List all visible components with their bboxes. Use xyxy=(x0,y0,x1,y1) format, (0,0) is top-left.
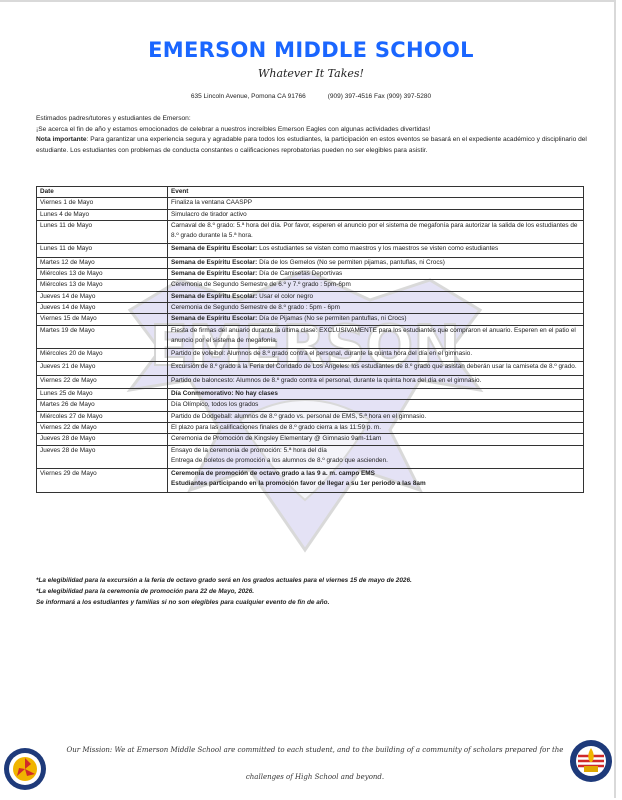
table-row: Martes 12 de MayoSemana de Espíritu Esco… xyxy=(37,257,584,268)
note-line: Se informará a los estudiantes y familia… xyxy=(36,597,606,608)
event-description: Semana de Espíritu Escolar: Día de Camis… xyxy=(168,269,584,280)
eligibility-notes: *La elegibilidad para la excursión a la … xyxy=(36,575,606,608)
event-description: Excursión de 8.º grado a la Feria del Co… xyxy=(168,362,584,375)
event-date: Viernes 22 de Mayo xyxy=(37,422,168,433)
table-header-row: Date Event xyxy=(37,187,584,198)
school-phone-fax: (909) 397-4516 Fax (909) 397-5280 xyxy=(328,93,431,100)
greeting: Estimados padres/tutores y estudiantes d… xyxy=(36,114,596,125)
event-date: Martes 12 de Mayo xyxy=(37,257,168,268)
event-date: Miércoles 13 de Mayo xyxy=(37,280,168,291)
event-description: Partido de baloncesto: Alumnos de 8.º gr… xyxy=(168,375,584,388)
event-date: Martes 26 de Mayo xyxy=(37,400,168,411)
table-row: Jueves 14 de MayoCeremonia de Segundo Se… xyxy=(37,302,584,313)
event-date: Viernes 1 de Mayo xyxy=(37,198,168,209)
event-date: Martes 19 de Mayo xyxy=(37,325,168,349)
school-motto: Whatever It Takes! xyxy=(0,67,622,80)
table-row: Lunes 11 de MayoSemana de Espíritu Escol… xyxy=(37,244,584,257)
table-row: Miércoles 20 de MayoPartido de voleibol:… xyxy=(37,349,584,362)
event-description: Día Conmemorativo: No hay clases xyxy=(168,389,584,400)
table-row: Miércoles 27 de MayoPartido de Dodgeball… xyxy=(37,411,584,422)
mission-line: Our Mission: We at Emerson Middle School… xyxy=(60,737,570,764)
mission-line: challenges of High School and beyond. xyxy=(60,764,570,791)
intro-letter: Estimados padres/tutores y estudiantes d… xyxy=(36,114,596,156)
event-date: Viernes 15 de Mayo xyxy=(37,314,168,325)
table-row: Jueves 28 de MayoCeremonia de Promoción … xyxy=(37,434,584,445)
event-description: Semana de Espíritu Escolar: Usar el colo… xyxy=(168,291,584,302)
important-note-label: Nota importante xyxy=(36,136,87,143)
table-row: Miércoles 13 de MayoSemana de Espíritu E… xyxy=(37,269,584,280)
mission-statement: Our Mission: We at Emerson Middle School… xyxy=(60,737,570,791)
column-header-date: Date xyxy=(37,187,168,198)
event-date: Viernes 29 de Mayo xyxy=(37,469,168,493)
event-description: Finaliza la ventana CAASPP xyxy=(168,198,584,209)
column-header-event: Event xyxy=(168,187,584,198)
event-description: Partido de Dodgeball: alumnos de 8.º gra… xyxy=(168,411,584,422)
table-row: Viernes 22 de MayoPartido de baloncesto:… xyxy=(37,375,584,388)
event-date: Jueves 14 de Mayo xyxy=(37,291,168,302)
event-description: Simulacro de tirador activo xyxy=(168,209,584,220)
event-description: Día Olímpico, todos los grados xyxy=(168,400,584,411)
table-row: Viernes 22 de MayoEl plazo para las cali… xyxy=(37,422,584,433)
event-date: Jueves 28 de Mayo xyxy=(37,434,168,445)
event-description: Carnaval de 8.º grado: 5.ª hora del día.… xyxy=(168,220,584,244)
events-table-body: Viernes 1 de MayoFinaliza la ventana CAA… xyxy=(37,198,584,492)
table-row: Lunes 25 de MayoDía Conmemorativo: No ha… xyxy=(37,389,584,400)
important-note-text: : Para garantizar una experiencia segura… xyxy=(36,136,587,154)
note-line: *La elegibilidad para la excursión a la … xyxy=(36,575,606,586)
district-seal-icon xyxy=(4,748,46,790)
table-row: Viernes 15 de MayoSemana de Espíritu Esc… xyxy=(37,314,584,325)
event-description: El plazo para las calificaciones finales… xyxy=(168,422,584,433)
event-description: Semana de Espíritu Escolar: Día de los G… xyxy=(168,257,584,268)
event-date: Lunes 25 de Mayo xyxy=(37,389,168,400)
table-row: Martes 19 de MayoFiesta de firmas del an… xyxy=(37,325,584,349)
event-date: Jueves 28 de Mayo xyxy=(37,445,168,469)
event-date: Lunes 11 de Mayo xyxy=(37,244,168,257)
event-description: Ceremonia de Promoción de Kingsley Eleme… xyxy=(168,434,584,445)
school-contact: 635 Lincoln Avenue, Pomona CA 91766(909)… xyxy=(0,93,622,100)
event-description: Fiesta de firmas del anuario durante la … xyxy=(168,325,584,349)
event-date: Lunes 4 de Mayo xyxy=(37,209,168,220)
event-date: Viernes 22 de Mayo xyxy=(37,375,168,388)
table-row: Lunes 11 de MayoCarnaval de 8.º grado: 5… xyxy=(37,220,584,244)
event-date: Miércoles 27 de Mayo xyxy=(37,411,168,422)
table-row: Miércoles 13 de MayoCeremonia de Segundo… xyxy=(37,280,584,291)
event-description: Ensayo de la ceremonia de promoción: 5.ª… xyxy=(168,445,584,469)
important-note: Nota importante: Para garantizar una exp… xyxy=(36,135,596,156)
event-date: Jueves 14 de Mayo xyxy=(37,302,168,313)
school-name: EMERSON MIDDLE SCHOOL xyxy=(0,38,622,62)
table-row: Jueves 14 de MayoSemana de Espíritu Esco… xyxy=(37,291,584,302)
event-description: Ceremonia de Segundo Semestre de 6.º y 7… xyxy=(168,280,584,291)
event-description: Semana de Espíritu Escolar: Los estudian… xyxy=(168,244,584,257)
intro-line: ¡Se acerca el fin de año y estamos emoci… xyxy=(36,125,596,136)
table-row: Lunes 4 de MayoSimulacro de tirador acti… xyxy=(37,209,584,220)
event-date: Lunes 11 de Mayo xyxy=(37,220,168,244)
event-description: Partido de voleibol: Alumnos de 8.º grad… xyxy=(168,349,584,362)
table-row: Martes 26 de MayoDía Olímpico, todos los… xyxy=(37,400,584,411)
event-description: Semana de Espíritu Escolar: Día de Pijam… xyxy=(168,314,584,325)
table-row: Jueves 28 de MayoEnsayo de la ceremonia … xyxy=(37,445,584,469)
event-date: Miércoles 13 de Mayo xyxy=(37,269,168,280)
events-table: Date Event Viernes 1 de MayoFinaliza la … xyxy=(36,186,584,493)
note-line: *La elegibilidad para la ceremonia de pr… xyxy=(36,586,606,597)
school-address: 635 Lincoln Avenue, Pomona CA 91766 xyxy=(191,93,306,100)
event-date: Miércoles 20 de Mayo xyxy=(37,349,168,362)
event-description: Ceremonia de Segundo Semestre de 8.º gra… xyxy=(168,302,584,313)
table-row: Viernes 29 de MayoCeremonia de promoción… xyxy=(37,469,584,493)
torch-seal-icon xyxy=(570,740,612,782)
event-date: Jueves 21 de Mayo xyxy=(37,362,168,375)
table-row: Jueves 21 de MayoExcursión de 8.º grado … xyxy=(37,362,584,375)
event-description: Ceremonia de promoción de octavo grado a… xyxy=(168,469,584,493)
table-row: Viernes 1 de MayoFinaliza la ventana CAA… xyxy=(37,198,584,209)
